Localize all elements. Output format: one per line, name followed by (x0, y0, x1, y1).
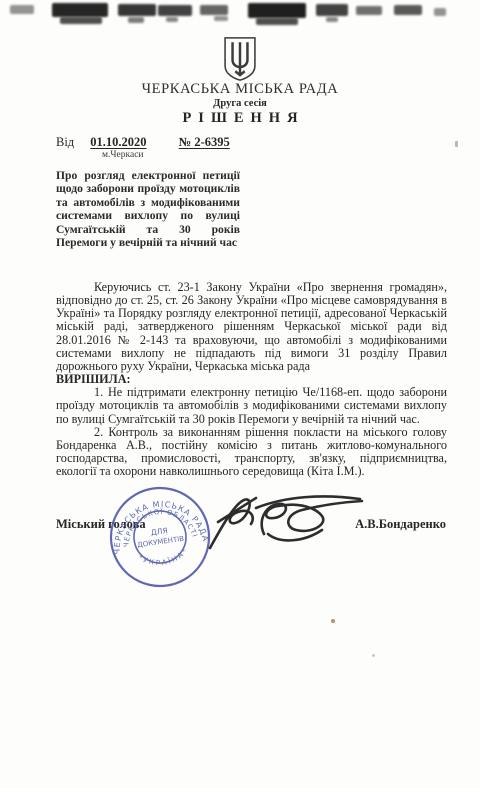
document-date: 01.10.2020 (90, 135, 146, 149)
handwritten-signature (204, 486, 382, 558)
document-page: ЧЕРКАСЬКА МІСЬКА РАДА Друга сесія РІШЕНН… (0, 0, 480, 788)
document-body: Керуючись ст. 23-1 Закону України «Про з… (56, 281, 447, 478)
scan-speck (455, 141, 458, 147)
session-label: Друга сесія (0, 98, 480, 109)
document-type-title: РІШЕННЯ (0, 110, 480, 127)
document-city: м.Черкаси (102, 150, 144, 160)
scan-artifact-band (0, 0, 480, 30)
document-number: № 2-6395 (179, 135, 230, 149)
preamble-paragraph: Керуючись ст. 23-1 Закону України «Про з… (56, 281, 447, 373)
resolution-item-1: 1. Не підтримати електронну петицію Че/1… (56, 386, 447, 425)
scan-speck (372, 654, 375, 657)
document-subject: Про розгляд електронної петиції щодо заб… (56, 169, 240, 249)
official-round-stamp: ЧЕРКАСЬКА МІСЬКА РАДА ЧЕРКАСЬКОЇ ОБЛАСТІ… (101, 478, 218, 595)
from-label: Від (56, 135, 74, 149)
organization-name: ЧЕРКАСЬКА МІСЬКА РАДА (0, 81, 480, 98)
tryzub-icon (221, 36, 259, 82)
scan-speck (331, 619, 335, 623)
document-meta-row: Від 01.10.2020 № 2-6395 (56, 135, 230, 150)
resolution-item-2: 2. Контроль за виконанням рішення поклас… (56, 426, 447, 479)
stamp-center-line2: ДОКУМЕНТІВ (137, 535, 185, 550)
svg-text:* У К Р А Ї Н А *: * У К Р А Ї Н А * (136, 546, 191, 570)
stamp-center-line1: ДЛЯ (150, 526, 168, 537)
stamp-country-text: * У К Р А Ї Н А * (136, 546, 191, 570)
